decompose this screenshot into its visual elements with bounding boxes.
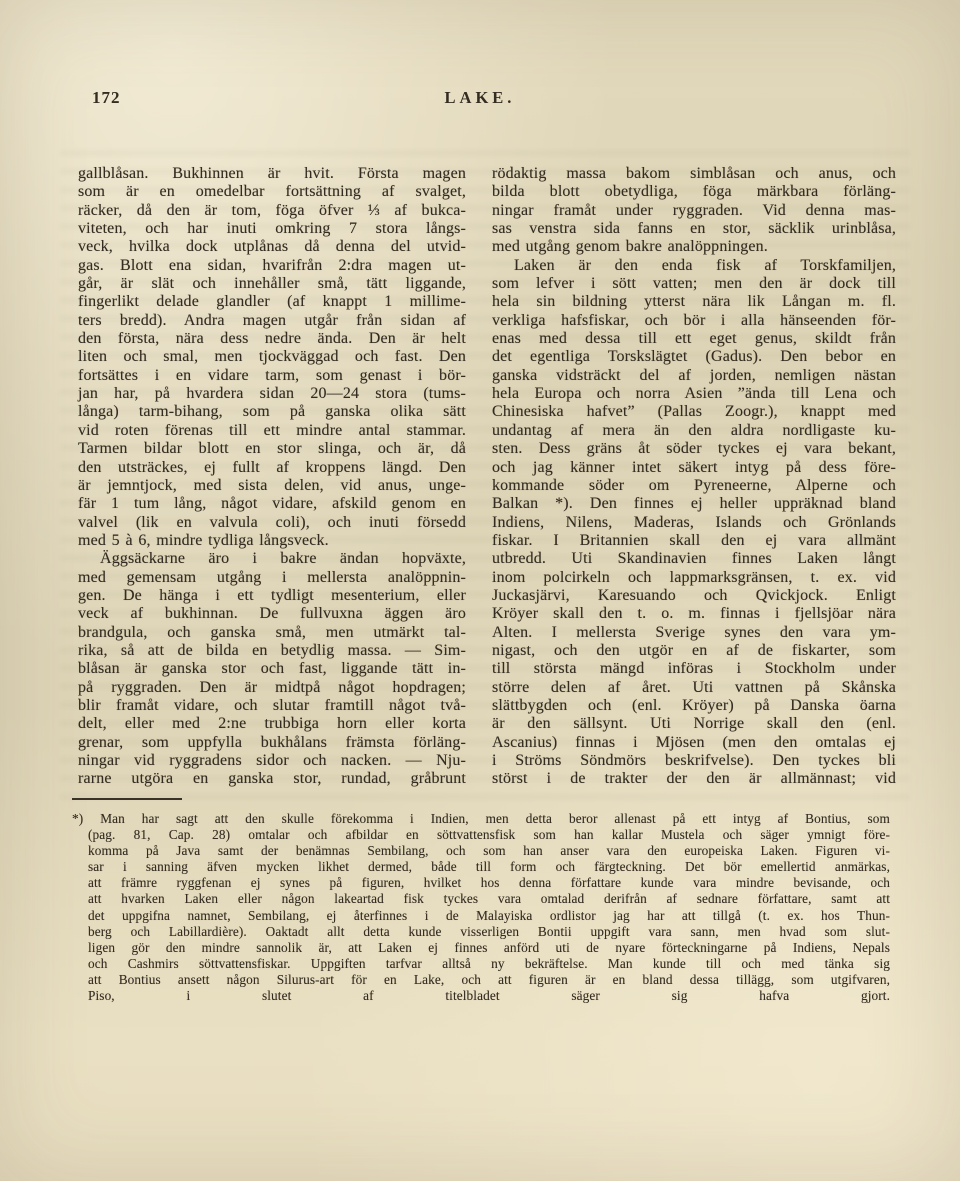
footnote-divider: [72, 798, 182, 800]
text-line: ningar framåt under ryggraden. Vid denna…: [492, 202, 896, 220]
text-line: gallblåsan. Bukhinnen är hvit. Första ma…: [78, 165, 466, 183]
left-column: gallblåsan. Bukhinnen är hvit. Första ma…: [78, 165, 466, 789]
text-line: räcker, då den är tom, föga öfver ⅓ af b…: [78, 202, 466, 220]
text-line: nigast, och den utgör en af de fiskarter…: [492, 642, 896, 660]
text-line: verkliga hafsfiskar, och bör i alla häns…: [492, 312, 896, 330]
text-line: Tarmen bildar blott en stor slinga, och …: [78, 440, 466, 458]
text-line: Äggsäckarne äro i bakre ändan hopväxte,: [78, 550, 466, 568]
text-line: Laken är den enda fisk af Torskfamiljen,: [492, 257, 896, 275]
text-line: att hvarken Laken eller någon lakeartad …: [88, 891, 890, 907]
text-line: slättbygden och (enl. Kröyer) på Danska …: [492, 697, 896, 715]
text-line: Indiens, Nilens, Maderas, Islands och Gr…: [492, 514, 896, 532]
text-line: berg och Labillardière). Oaktadt allt de…: [88, 924, 890, 940]
text-line: som lefver i sött vatten; men den är doc…: [492, 275, 896, 293]
text-line: viteten, och har inuti omkring 7 stora l…: [78, 220, 466, 238]
text-line: större delen af året. Uti vattnen på Skå…: [492, 679, 896, 697]
text-line: störst i de trakter der den är allmännas…: [492, 770, 896, 788]
text-line: hela Europa och norra Asien ”ända till L…: [492, 385, 896, 403]
text-line: Alten. I mellersta Sverige synes den var…: [492, 624, 896, 642]
text-line: bilda blott obetydliga, föga märkbara fö…: [492, 183, 896, 201]
text-line: rödaktig massa bakom simblåsan och anus,…: [492, 165, 896, 183]
text-line: grenar, som uppfylla bukhålans främsta f…: [78, 734, 466, 752]
text-line: komma på Java samt der benämnas Sembilan…: [88, 843, 890, 859]
text-line: är den sällsynt. Uti Norrige skall den (…: [492, 715, 896, 733]
text-line: sten. Dess gräns åt söder tyckes ej vara…: [492, 440, 896, 458]
text-line: Kröyer skall den t. o. m. finnas i fjell…: [492, 605, 896, 623]
text-line: Ascanius) finnas i Mjösen (men den omtal…: [492, 734, 896, 752]
text-line: Balkan *). Den finnes ej heller uppräkna…: [492, 495, 896, 513]
text-line: den första, nära dess nedre ända. Den är…: [78, 330, 466, 348]
text-line: blir framåt vidare, och slutar framtill …: [78, 697, 466, 715]
text-line: det egentliga Torskslägtet (Gadus). Den …: [492, 348, 896, 366]
running-title: LAKE.: [0, 88, 960, 108]
text-line: veck, hvilka dock utplånas då denna del …: [78, 238, 466, 256]
text-line: undantag af mera än den aldra nordligast…: [492, 422, 896, 440]
text-line: det uppgifna namnet, Sembilang, ej återf…: [88, 908, 890, 924]
text-line: blåsan är ganska stor och fast, liggande…: [78, 660, 466, 678]
text-line: Chinesiska hafvet” (Pallas Zoogr.), knap…: [492, 403, 896, 421]
book-page: 172 LAKE. gallblåsan. Bukhinnen är hvit.…: [0, 0, 960, 1181]
text-line: med 5 à 6, mindre tydliga långsveck.: [78, 532, 466, 550]
text-line: med gemensam utgång i mellersta analöppn…: [78, 569, 466, 587]
text-line: att främre ryggfenan ej synes på figuren…: [88, 875, 890, 891]
text-line: *) Man har sagt att den skulle förekomma…: [88, 811, 890, 827]
text-line: långa) tarm-bihang, som på ganska olika …: [78, 403, 466, 421]
text-line: fortsättes i en vidare tarm, som genast …: [78, 367, 466, 385]
text-line: och Cashmirs söttvattensfiskar. Uppgifte…: [88, 956, 890, 972]
text-line: med utgång genom bakre analöppningen.: [492, 238, 896, 256]
text-line: sar i sanning äfven mycken likhet dermed…: [88, 859, 890, 875]
text-line: liten och smal, men tjockväggad och fast…: [78, 348, 466, 366]
text-line: fär 1 tum lång, något vidare, afskild ge…: [78, 495, 466, 513]
text-line: i Ströms Söndmörs beskrifvelse). Den tyc…: [492, 752, 896, 770]
text-line: är jemntjock, med sista delen, vid anus,…: [78, 477, 466, 495]
text-line: rika, så att de bilda en betydlig massa.…: [78, 642, 466, 660]
text-line: brandgula, och ganska små, men utmärkt t…: [78, 624, 466, 642]
text-line: rarne utgöra en ganska stor, rundad, grå…: [78, 770, 466, 788]
text-line: delt, eller med 2:ne trubbiga horn eller…: [78, 715, 466, 733]
text-line: Juckasjärvi, Karesuando och Qvickjock. E…: [492, 587, 896, 605]
text-line: att Bontius ansett någon Silurus-art för…: [88, 972, 890, 988]
text-line: fiskar. I Britannien skall den ej vara a…: [492, 532, 896, 550]
text-line: kommande söder om Pyreneerne, Alperne oc…: [492, 477, 896, 495]
text-line: ters bredd). Andra magen utgår från sida…: [78, 312, 466, 330]
text-line: enas med dessa till ett eget genus, skil…: [492, 330, 896, 348]
text-line: ningar vid ryggradens sidor och nacken. …: [78, 752, 466, 770]
text-line: hela sin bildning ytterst nära lik Långa…: [492, 293, 896, 311]
text-line: Piso, i slutet af titelbladet säger sig …: [88, 988, 890, 1004]
text-line: och jag känner intet säkert intyg på des…: [492, 459, 896, 477]
text-line: som är en omedelbar fortsättning af sval…: [78, 183, 466, 201]
text-line: fingerlikt delade glandler (af knappt 1 …: [78, 293, 466, 311]
text-line: vid roten förenas till ett mindre antal …: [78, 422, 466, 440]
text-line: gen. De hänga i ett tydligt mesenterium,…: [78, 587, 466, 605]
text-line: jan har, på hvardera sidan 20—24 stora (…: [78, 385, 466, 403]
text-line: den utsträckes, ej fullt af kroppens län…: [78, 459, 466, 477]
text-line: gas. Blott ena sidan, hvarifrån 2:dra ma…: [78, 257, 466, 275]
text-line: valvel (lik en valvula coli), och inuti …: [78, 514, 466, 532]
footnote: *) Man har sagt att den skulle förekomma…: [88, 811, 890, 1004]
text-line: ganska vidsträckt del af jorden, nemlige…: [492, 367, 896, 385]
text-line: till största mängd införas i Stockholm u…: [492, 660, 896, 678]
text-line: (pag. 81, Cap. 28) omtalar och afbildar …: [88, 827, 890, 843]
text-line: ligen gör den mindre sannolik är, att La…: [88, 940, 890, 956]
text-line: på ryggraden. Den är midtpå något hopdra…: [78, 679, 466, 697]
text-line: veck af bukhinnan. De fullvuxna äggen är…: [78, 605, 466, 623]
text-line: utbredd. Uti Skandinavien finnes Laken l…: [492, 550, 896, 568]
text-line: sas venstra sida fanns en stor, säcklik …: [492, 220, 896, 238]
text-line: går, är slät och innehåller små, tätt li…: [78, 275, 466, 293]
text-line: inom polcirkeln och lappmarksgränsen, t.…: [492, 569, 896, 587]
right-column: rödaktig massa bakom simblåsan och anus,…: [492, 165, 896, 789]
